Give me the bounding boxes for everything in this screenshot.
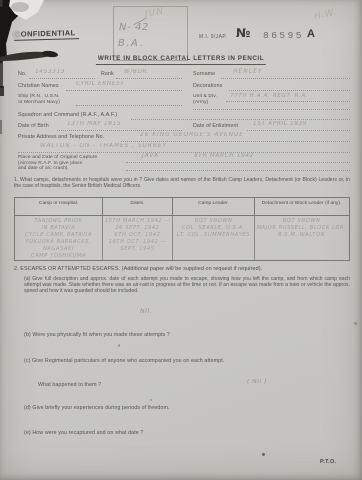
christian-names-label: Christian Names — [18, 83, 59, 89]
date-of-enlistment-label: Date of Enlistment — [193, 123, 238, 129]
question2-heading: 2. ESCAPES OR ATTEMPTED ESCAPES. (Additi… — [14, 266, 262, 272]
question2c-sub-text: What happened to them ? — [38, 382, 101, 388]
header-detachment-leader: Detachment or Block Leader (if any). — [255, 198, 348, 215]
form-reference: M.I. 9/JAP. — [199, 34, 227, 40]
header-dates: Dates. — [103, 198, 173, 215]
date-of-enlistment-value: 1ST APRIL 1939 — [253, 121, 307, 127]
ink-speck — [262, 453, 265, 456]
pencil-speck — [354, 322, 357, 325]
unit-div-label: Unit & Div.(Army) — [193, 94, 217, 105]
dates-entries: 15TH MARCH 1942 —26 SEPT. 19426TH OCT. 1… — [103, 216, 173, 260]
camps-table: Camp or Hospital. Dates. Camp Leader. De… — [14, 197, 350, 261]
camps-table-header-row: Camp or Hospital. Dates. Camp Leader. De… — [15, 198, 349, 216]
rank-label: Rank — [101, 71, 114, 77]
question2c-answer: ( Nil ) — [247, 379, 267, 385]
unit-div-value: 77TH H.A.A. REGT. R.A. — [230, 93, 308, 99]
no-label: No. — [18, 71, 27, 77]
date-of-birth-value: 13TH MAY 1915 — [67, 121, 121, 127]
pencil-initials: H.W. — [313, 8, 338, 23]
classification-stamp: CONFIDENTIAL — [14, 28, 79, 41]
scanned-pow-questionnaire-page: CONFIDENTIAL JUN N- 42 B.A. M.I. 9/JAP. … — [0, 0, 362, 480]
date-of-birth-label: Date of Birth — [18, 123, 49, 129]
no-value: 1453313 — [35, 69, 65, 75]
surname-label: Surname — [193, 71, 215, 77]
dotted-line — [126, 161, 350, 163]
dotted-line — [221, 77, 350, 79]
header-camp-or-hospital: Camp or Hospital. — [15, 198, 103, 215]
dotted-line — [247, 129, 350, 131]
dotted-line — [29, 77, 95, 79]
decorations-label: Decorations — [193, 83, 222, 89]
left-edge-mark — [0, 0, 2, 6]
question2b-text: (b) Were you physically fit when you mad… — [24, 332, 170, 338]
capture-label: Place and Date of Original Capture (Airc… — [18, 155, 97, 172]
dotted-line — [131, 118, 350, 120]
dotted-line — [126, 169, 350, 171]
ship-label: Ship (R.N., U.S.N.or Merchant Navy) — [18, 94, 60, 105]
dotted-line — [76, 104, 182, 106]
capture-date-value: 8TH MARCH 1942 — [194, 153, 254, 159]
dotted-line — [66, 89, 182, 91]
pencil-speck — [150, 399, 152, 401]
christian-names-value: CYRIL ERNEST — [76, 81, 125, 87]
serial-number: 86595 — [263, 30, 304, 41]
squadron-label: Squadron and Command (R.A.F., A.A.F.) — [18, 112, 117, 118]
detachment-leader-entries: NOT KNOWNMAJOR RUSSELL, BLOCK LDR.B.S.M.… — [255, 216, 348, 260]
question2a-text: (a) Give full description and approx. da… — [24, 276, 350, 295]
stamp-box-initials: B.A. — [118, 38, 144, 49]
address-label: Private Address and Telephone No. — [18, 134, 104, 140]
series-letter: A — [307, 28, 315, 40]
number-symbol: № — [236, 26, 250, 40]
surname-value: HENLEY — [233, 68, 263, 75]
address-value-line2: WALTON - ON - THAMES , SURREY — [40, 143, 167, 149]
pto-footer: P.T.O. — [320, 459, 336, 465]
block-capitals-instruction: WRITE IN BLOCK CAPITAL LETTERS IN PENCIL — [96, 55, 266, 65]
dotted-line — [18, 151, 350, 153]
pencil-speck — [118, 344, 120, 347]
rank-value: W/BDR. — [124, 69, 150, 75]
question2e-text: (e) How were you recaptured and on what … — [24, 430, 143, 436]
dotted-line — [121, 140, 350, 142]
dotted-line — [229, 89, 350, 91]
camps-table-body: TANJONG PRIOKIN BATAVIACYCLE CAMP, BATAV… — [15, 216, 349, 260]
question2a-answer: Nil. — [140, 308, 152, 315]
question1-text: 1. What camps, detachments or hospitals … — [14, 177, 350, 189]
dotted-line — [116, 77, 182, 79]
capture-place-value: JAVA — [142, 153, 159, 159]
dotted-line — [193, 108, 350, 110]
camp-leader-entries: NOT KNOWNCOL. SEARLE, U.S.A.LT. COL. SUM… — [173, 216, 255, 260]
address-value-line1: 26 KING GEORGE'S AVENUE — [140, 132, 244, 138]
smudge-over-first-letter — [12, 30, 21, 39]
dotted-line — [57, 129, 182, 131]
camp-or-hospital-entries: TANJONG PRIOKIN BATAVIACYCLE CAMP, BATAV… — [15, 216, 103, 260]
dotted-line — [226, 100, 350, 102]
question2d-text: (d) Give briefly your experiences during… — [24, 405, 170, 411]
header-camp-leader: Camp Leader. — [173, 198, 255, 215]
question2c-text: (c) Give Regimental particulars of anyon… — [24, 358, 224, 364]
